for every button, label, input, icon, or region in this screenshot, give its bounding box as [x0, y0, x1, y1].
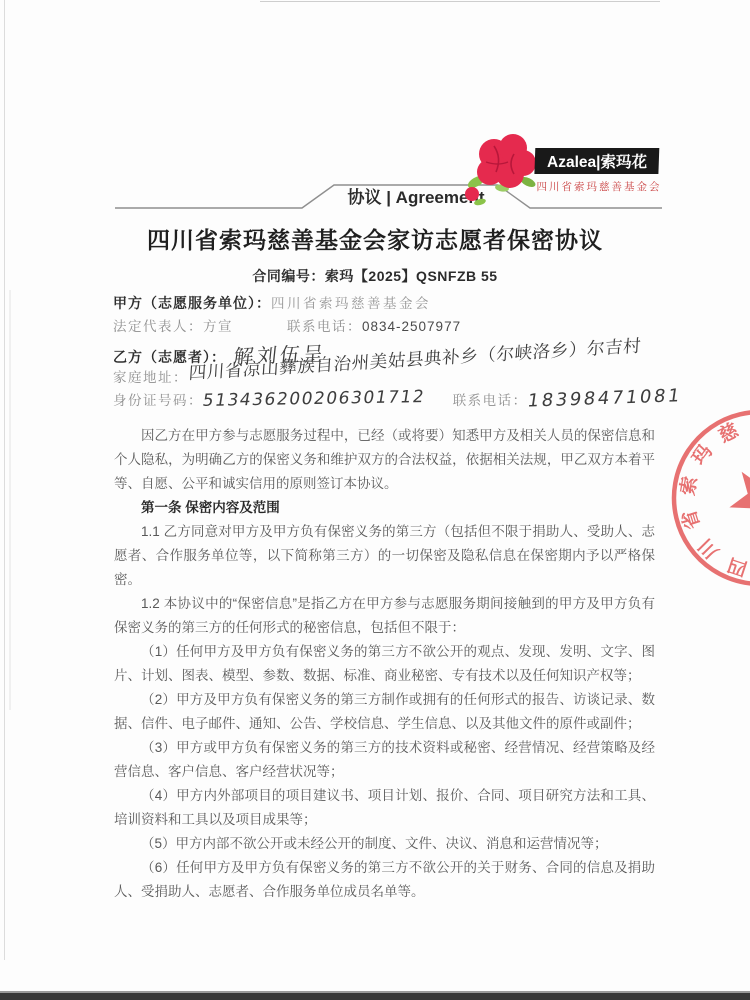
logo-org-name: 四川省索玛慈善基金会 — [537, 180, 662, 193]
phone-a-value: 0834-2507977 — [362, 319, 461, 334]
clause-item-4: （4）甲方内外部项目的项目建议书、项目计划、报价、合同、项目研究方法和工具、培训… — [114, 784, 655, 832]
phone-a-label: 联系电话： — [287, 319, 362, 334]
phone-b-label: 联系电话： — [453, 393, 528, 408]
preamble: 因乙方在甲方参与志愿服务过程中，已经（或将要）知悉甲方及相关人员的保密信息和个人… — [114, 424, 655, 496]
section1-heading: 第一条 保密内容及范围 — [114, 496, 655, 520]
scan-left-edge — [4, 0, 5, 960]
seal-star-icon — [717, 454, 750, 536]
doc-title: 四川省索玛慈善基金会家访志愿者保密协议 — [0, 222, 750, 255]
clause-item-3: （3）甲方或甲方负有保密义务的第三方的技术资料或秘密、经营情况、经营策略及经营信… — [114, 736, 655, 784]
address-label: 家庭地址： — [113, 370, 188, 385]
clause-1-1: 1.1 乙方同意对甲方及甲方负有保密义务的第三方（包括但不限于捐助人、受助人、志… — [114, 520, 655, 592]
parties-block: 甲方（志愿服务单位）：四川省索玛慈善基金会 法定代表人：方宣联系电话：0834-… — [113, 292, 713, 410]
clause-item-1: （1）任何甲方及甲方负有保密义务的第三方不欲公开的观点、发现、发明、文字、图片、… — [114, 640, 655, 688]
party-a-label: 甲方（志愿服务单位）： — [113, 295, 271, 311]
scan-top-edge — [260, 1, 660, 2]
clause-item-6: （6）任何甲方及甲方负有保密义务的第三方不欲公开的关于财务、合同的信息及捐助人、… — [114, 856, 655, 904]
contract-number: 合同编号：索玛【2025】QSNFZB 55 — [0, 266, 750, 286]
id-handwritten: 513436200206301712 — [201, 387, 427, 411]
org-logo: Azalea|索玛花 四川省索玛慈善基金会 — [456, 128, 668, 220]
id-label: 身份证号码： — [113, 393, 203, 408]
flower-icon — [465, 134, 537, 206]
official-seal: 四川省索玛慈善基金会 5134012 — [660, 398, 750, 598]
clause-1-2: 1.2 本协议中的“保密信息”是指乙方在甲方参与志愿服务期间接触到的甲方及甲方负… — [114, 592, 655, 640]
party-a-value: 四川省索玛慈善基金会 — [271, 296, 431, 311]
agreement-body: 因乙方在甲方参与志愿服务过程中，已经（或将要）知悉甲方及相关人员的保密信息和个人… — [114, 424, 655, 904]
scan-bottom-strip — [0, 991, 750, 1000]
clause-item-5: （5）甲方内部不欲公开或未经公开的制度、文件、决议、消息和运营情况等； — [114, 832, 655, 856]
party-a-line: 甲方（志愿服务单位）：四川省索玛慈善基金会 — [113, 292, 713, 313]
scanned-agreement-page: 协议 | Agreement Azalea|索玛花 四川省索玛慈善基金会 四川省… — [0, 0, 750, 1000]
scan-left-shadow — [9, 290, 11, 710]
legal-rep-label: 法定代表人： — [113, 319, 203, 334]
address-line: 家庭地址：四川省凉山彝族自治州美姑县典补乡（尔峡洛乡）尔吉村 — [113, 363, 713, 389]
legal-rep-value: 方宣 — [203, 319, 233, 334]
clause-item-2: （2）甲方及甲方负有保密义务的第三方制作或拥有的任何形式的报告、访谈记录、数据、… — [114, 688, 655, 736]
logo-wordmark: Azalea|索玛花 — [547, 152, 647, 171]
id-phone-line: 身份证号码：513436200206301712联系电话：18398471081 — [113, 389, 713, 410]
